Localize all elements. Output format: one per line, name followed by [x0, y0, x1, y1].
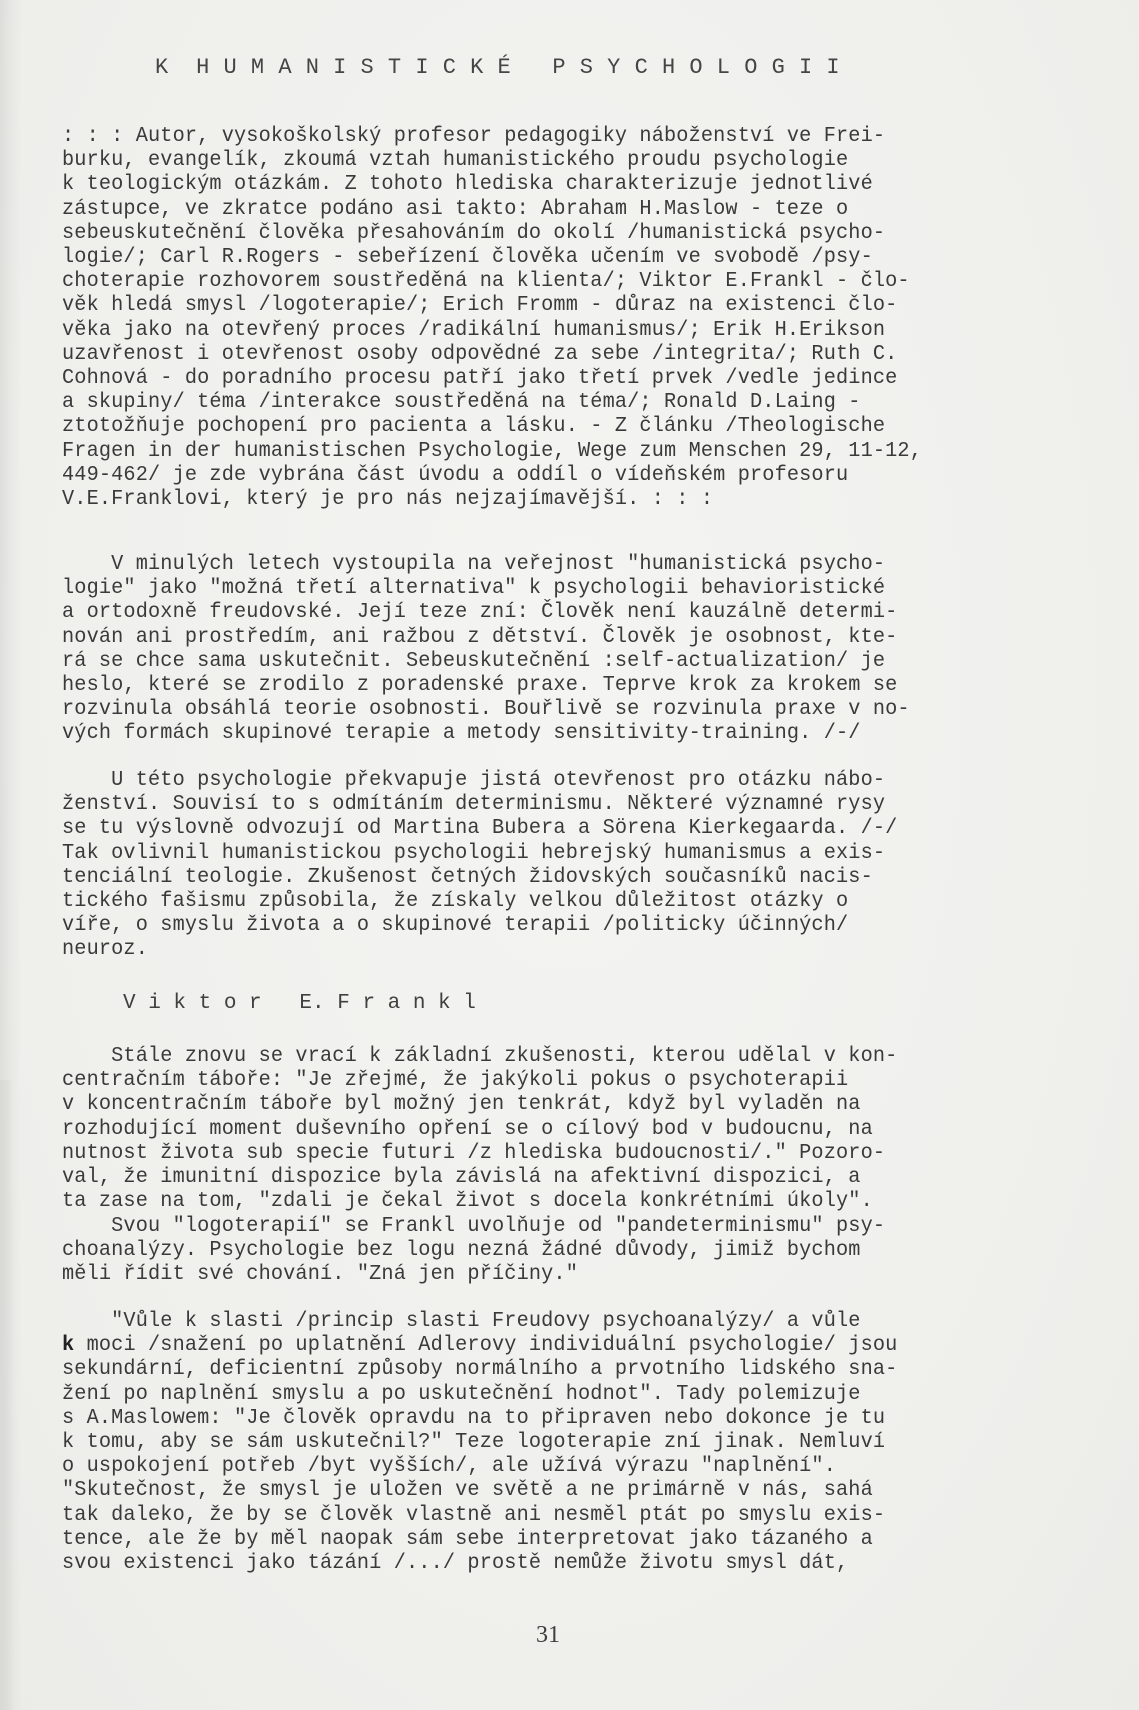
binding-edge-shadow [0, 1080, 14, 1710]
text-line: a skupiny/ téma /interakce soustředěná n… [62, 390, 861, 414]
text-line: tak daleko, že by se člověk vlastně ani … [62, 1503, 885, 1527]
text-line: uzavřenost i otevřenost osoby odpovědné … [62, 342, 897, 366]
text-line: tenciální teologie. Zkušenost četných ži… [62, 865, 873, 889]
text-line: "Vůle k slasti /princip slasti Freudovy … [62, 1309, 861, 1333]
text-line: rozhodující moment duševního opření se o… [62, 1117, 873, 1141]
text-line: choanalýzy. Psychologie bez logu nezná ž… [62, 1238, 861, 1262]
text-line: burku, evangelík, zkoumá vztah humanisti… [62, 148, 848, 172]
text-line: sebeuskutečnění člověka přesahováním do … [62, 221, 885, 245]
text-line: se tu výslovně odvozují od Martina Buber… [62, 816, 897, 840]
text-line: choterapie rozhovorem soustředěná na kli… [62, 269, 910, 293]
text-line: logie" jako "možná třetí alternativa" k … [62, 576, 885, 600]
text-line: neuroz. [62, 937, 148, 961]
page-number: 31 [536, 1622, 560, 1649]
text-line: centračním táboře: "Je zřejmé, že jakýko… [62, 1068, 848, 1092]
page-title: K H U M A N I S T I C K É P S Y C H O L … [155, 55, 840, 80]
text-line: Svou "logoterapií" se Frankl uvolňuje od… [62, 1214, 885, 1238]
text-line: rá se chce sama uskutečnit. Sebeuskutečn… [62, 649, 885, 673]
text-line: sekundární, deficientní způsoby normální… [62, 1357, 897, 1381]
text-line: logie/; Carl R.Rogers - sebeřízení člově… [62, 245, 873, 269]
text-line: k moci /snažení po uplatnění Adlerovy in… [62, 1333, 897, 1357]
text-line: Tak ovlivnil humanistickou psychologii h… [62, 841, 885, 865]
section-heading-frankl: V i k t o r E. F r a n k l [123, 992, 476, 1015]
text-line: ženství. Souvisí to s odmítáním determin… [62, 792, 885, 816]
text-line: a ortodoxně freudovské. Její teze zní: Č… [62, 600, 897, 624]
text-line: Fragen in der humanistischen Psychologie… [62, 439, 922, 463]
text-line: žení po naplnění smyslu a po uskutečnění… [62, 1382, 861, 1406]
text-line: s A.Maslowem: "Je člověk opravdu na to p… [62, 1406, 885, 1430]
text-line: měli řídit své chování. "Zná jen příčiny… [62, 1262, 578, 1286]
text-line: rozvinula obsáhlá teorie osobnosti. Bouř… [62, 697, 910, 721]
text-line: věk hledá smysl /logoterapie/; Erich Fro… [62, 293, 897, 317]
text-line: vých formách skupinové terapie a metody … [62, 721, 861, 745]
text-line: věka jako na otevřený proces /radikální … [62, 318, 885, 342]
text-line: víře, o smyslu života a o skupinové tera… [62, 913, 848, 937]
text-line: "Skutečnost, že smysl je uložen ve světě… [62, 1478, 873, 1502]
text-line: : : : Autor, vysokoškolský profesor peda… [62, 124, 885, 148]
text-line: Stále znovu se vrací k základní zkušenos… [62, 1044, 897, 1068]
text-line: 449-462/ je zde vybrána část úvodu a odd… [62, 463, 848, 487]
text-line: zástupce, ve zkratce podáno asi takto: A… [62, 197, 848, 221]
text-line: v koncentračním táboře byl možný jen ten… [62, 1092, 861, 1116]
text-line: U této psychologie překvapuje jistá otev… [62, 768, 885, 792]
text-line: val, že imunitní dispozice byla závislá … [62, 1165, 861, 1189]
text-line: tence, ale že by měl naopak sám sebe int… [62, 1527, 873, 1551]
scanned-page: K H U M A N I S T I C K É P S Y C H O L … [0, 0, 1139, 1710]
text-line: svou existenci jako tázání /.../ prostě … [62, 1551, 848, 1575]
text-line: V minulých letech vystoupila na veřejnos… [62, 552, 885, 576]
text-line: tického fašismu způsobila, že získaly ve… [62, 889, 848, 913]
text-line: ztotožňuje pochopení pro pacienta a lásk… [62, 414, 885, 438]
text-line: o uspokojení potřeb /byt vyšších/, ale u… [62, 1454, 836, 1478]
text-line: Cohnová - do poradního procesu patří jak… [62, 366, 897, 390]
text-line: ta zase na tom, "zdali je čekal život s … [62, 1189, 873, 1213]
text-line: nutnost života sub specie futuri /z hled… [62, 1141, 885, 1165]
text-line: k teologickým otázkám. Z tohoto hlediska… [62, 172, 873, 196]
text-line: nován ani prostředím, ani ražbou z dětst… [62, 625, 897, 649]
text-line: k tomu, aby se sám uskutečnil?" Teze log… [62, 1430, 885, 1454]
text-line: heslo, které se zrodilo z poradenské pra… [62, 673, 897, 697]
text-line: V.E.Franklovi, který je pro nás nejzajím… [62, 487, 713, 511]
